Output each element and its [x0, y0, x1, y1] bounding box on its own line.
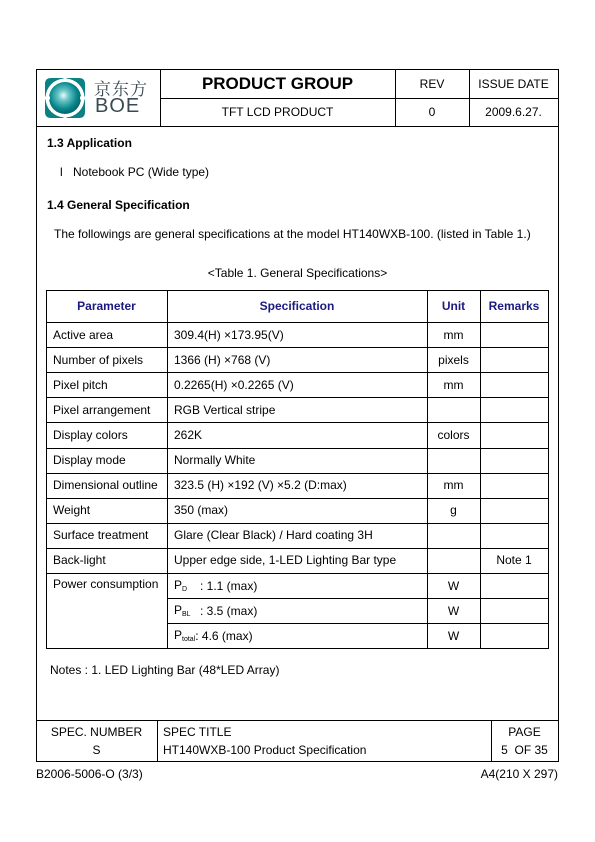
general-spec-intro: The followings are general specification… — [54, 227, 531, 241]
cell-unit — [427, 523, 480, 548]
cell-parameter: Display mode — [53, 448, 167, 473]
cell-remarks — [480, 523, 548, 548]
paper-size: A4(210 X 297) — [481, 767, 558, 781]
header-bottom-rule — [36, 126, 558, 127]
cell-specification: Upper edge side, 1-LED Lighting Bar type — [174, 548, 427, 573]
cell-specification: 0.2265(H) ×0.2265 (V) — [174, 372, 427, 397]
power-symbol: PD — [174, 578, 200, 593]
issue-date-value: 2009.6.27. — [469, 98, 558, 126]
cell-parameter: Display colors — [53, 422, 167, 447]
product-group-value: TFT LCD PRODUCT — [160, 98, 395, 126]
cell-unit: mm — [427, 372, 480, 397]
cell-specification: 1366 (H) ×768 (V) — [174, 347, 427, 372]
cell-remarks — [480, 473, 548, 498]
cell-parameter: Back-light — [53, 548, 167, 573]
cell-specification: RGB Vertical stripe — [174, 397, 427, 422]
general-spec-heading: 1.4 General Specification — [47, 198, 190, 212]
spec-title-label: SPEC TITLE — [163, 725, 231, 739]
cell-parameter: Surface treatment — [53, 523, 167, 548]
cell-parameter: Pixel arrangement — [53, 397, 167, 422]
cell-specification: Glare (Clear Black) / Hard coating 3H — [174, 523, 427, 548]
form-code: B2006-5006-O (3/3) — [36, 767, 143, 781]
cell-specification: Normally White — [174, 448, 427, 473]
power-symbol: Ptotal — [174, 628, 195, 643]
cell-unit: W — [427, 573, 480, 598]
cell-parameter: Power consumption — [53, 577, 158, 591]
cell-specification: PD : 1.1 (max) — [174, 573, 427, 598]
cell-remarks — [480, 372, 548, 397]
column-header-specification: Specification — [167, 290, 427, 322]
cell-remarks — [480, 397, 548, 422]
cell-unit: g — [427, 498, 480, 523]
spec-number-value: S — [36, 743, 157, 757]
cell-unit — [427, 397, 480, 422]
cell-remarks — [480, 448, 548, 473]
cell-specification: 323.5 (H) ×192 (V) ×5.2 (D:max) — [174, 473, 427, 498]
cell-unit: colors — [427, 422, 480, 447]
power-symbol: PBL — [174, 603, 200, 618]
cell-specification: 262K — [174, 422, 427, 447]
cell-specification: 350 (max) — [174, 498, 427, 523]
cell-parameter: Dimensional outline — [53, 473, 167, 498]
cell-remarks — [480, 498, 548, 523]
column-header-remarks: Remarks — [480, 290, 548, 322]
cell-unit — [427, 548, 480, 573]
cell-unit: mm — [427, 473, 480, 498]
issue-date-label: ISSUE DATE — [469, 69, 558, 98]
cell-remarks — [480, 573, 548, 598]
cell-unit — [427, 448, 480, 473]
cell-unit: W — [427, 623, 480, 648]
table-caption: <Table 1. General Specifications> — [0, 266, 595, 280]
cell-parameter: Pixel pitch — [53, 372, 167, 397]
cell-unit: W — [427, 598, 480, 623]
footer-top-rule — [36, 720, 558, 721]
spec-title-value: HT140WXB-100 Product Specification — [163, 743, 366, 757]
boe-logo: 京东方 BOE — [41, 73, 156, 123]
cell-remarks — [480, 623, 548, 648]
application-item: Notebook PC (Wide type) — [73, 165, 209, 179]
cell-unit: pixels — [427, 347, 480, 372]
page-label: PAGE — [491, 725, 558, 739]
cell-remarks — [480, 347, 548, 372]
cell-unit: mm — [427, 322, 480, 347]
page-number: 5 OF 35 — [491, 743, 558, 757]
cell-specification: Ptotal : 4.6 (max) — [174, 623, 427, 648]
cell-specification: PBL : 3.5 (max) — [174, 598, 427, 623]
power-value: : 3.5 (max) — [200, 604, 257, 618]
footer-divider — [157, 720, 158, 761]
spec-number-label: SPEC. NUMBER — [36, 725, 157, 739]
power-value: : 4.6 (max) — [195, 629, 252, 643]
cell-parameter: Number of pixels — [53, 347, 167, 372]
product-group-label: PRODUCT GROUP — [160, 69, 395, 98]
bullet-marker: l — [60, 165, 63, 179]
cell-specification: 309.4(H) ×173.95(V) — [174, 322, 427, 347]
rev-value: 0 — [395, 98, 469, 126]
cell-remarks: Note 1 — [480, 548, 548, 573]
rev-label: REV — [395, 69, 469, 98]
cell-parameter: Active area — [53, 322, 167, 347]
cell-remarks — [480, 422, 548, 447]
cell-remarks — [480, 598, 548, 623]
column-header-unit: Unit — [427, 290, 480, 322]
column-header-parameter: Parameter — [46, 290, 167, 322]
boe-logo-icon — [41, 74, 89, 122]
logo-english-text: BOE — [95, 95, 140, 118]
notes-text: Notes : 1. LED Lighting Bar (48*LED Arra… — [50, 663, 279, 677]
application-heading: 1.3 Application — [47, 136, 132, 150]
cell-parameter: Weight — [53, 498, 167, 523]
cell-remarks — [480, 322, 548, 347]
power-value: : 1.1 (max) — [200, 579, 257, 593]
